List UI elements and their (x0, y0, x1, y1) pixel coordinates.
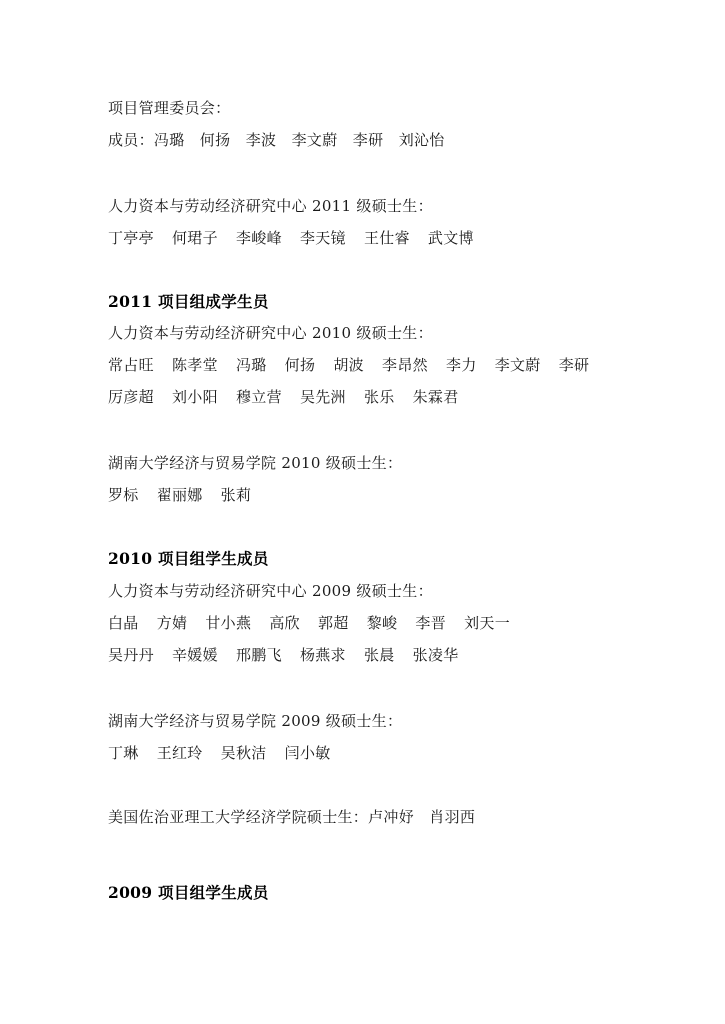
student-name: 王红玲 (157, 743, 203, 763)
student-name: 高欣 (269, 613, 300, 633)
student-name: 常占旺 (108, 355, 154, 375)
student-name: 王仕睿 (364, 228, 410, 248)
student-name: 方婧 (157, 613, 188, 633)
hunan-2009-label: 湖南大学经济与贸易学院 2009 级硕士生： (108, 711, 402, 731)
gmu-students-line: 美国佐治亚理工大学经济学院硕士生：卢冲妤 肖羽西 (108, 807, 475, 827)
student-name: 吴秋洁 (221, 743, 267, 763)
hcle-2011-label: 人力资本与劳动经济研究中心 2011 级硕士生： (108, 196, 433, 216)
student-name: 厉彦超 (108, 387, 154, 407)
student-name: 张莉 (221, 485, 252, 505)
student-name: 邢鹏飞 (236, 645, 282, 665)
hcle-2010-label: 人力资本与劳动经济研究中心 2010 级硕士生： (108, 323, 433, 343)
section-2009-heading: 2009 项目组学生成员 (108, 883, 269, 903)
student-name: 李昂然 (382, 355, 428, 375)
hcle-2009-names-row2: 吴丹丹 辛媛媛 邢鹏飞 杨燕求 张晨 张凌华 (108, 645, 459, 665)
student-name: 武文博 (428, 228, 474, 248)
section-2010-heading: 2010 项目组学生成员 (108, 549, 269, 569)
student-name: 甘小燕 (205, 613, 251, 633)
hcle-2009-label: 人力资本与劳动经济研究中心 2009 级硕士生： (108, 581, 433, 601)
student-name: 胡波 (333, 355, 364, 375)
hcle-2010-names-row2: 厉彦超 刘小阳 穆立营 吴先洲 张乐 朱霖君 (108, 387, 459, 407)
student-name: 刘小阳 (172, 387, 218, 407)
student-name: 李力 (446, 355, 477, 375)
student-name: 罗标 (108, 485, 139, 505)
student-name: 陈孝堂 (172, 355, 218, 375)
student-name: 翟丽娜 (157, 485, 203, 505)
student-name: 李晋 (415, 613, 446, 633)
committee-title: 项目管理委员会： (108, 98, 230, 118)
hcle-2010-names-row1: 常占旺 陈孝堂 冯璐 何扬 胡波 李昂然 李力 李文蔚 李研 (108, 355, 589, 375)
hcle-2011-names: 丁亭亭 何珺子 李峻峰 李天镜 王仕睿 武文博 (108, 228, 474, 248)
student-name: 何珺子 (172, 228, 218, 248)
hunan-2010-label: 湖南大学经济与贸易学院 2010 级硕士生： (108, 453, 402, 473)
student-name: 郭超 (318, 613, 349, 633)
student-name: 李研 (559, 355, 590, 375)
student-name: 穆立营 (236, 387, 282, 407)
student-name: 李峻峰 (236, 228, 282, 248)
section-2011-heading: 2011 项目组成学生员 (108, 292, 269, 312)
student-name: 刘天一 (464, 613, 510, 633)
student-name: 辛媛媛 (172, 645, 218, 665)
student-name: 黎峻 (367, 613, 398, 633)
student-name: 张乐 (364, 387, 395, 407)
student-name: 闫小敏 (285, 743, 331, 763)
student-name: 李文蔚 (495, 355, 541, 375)
student-name: 吴先洲 (300, 387, 346, 407)
committee-members: 成员：冯璐 何扬 李波 李文蔚 李研 刘沁怡 (108, 130, 445, 150)
student-name: 丁琳 (108, 743, 139, 763)
student-name: 朱霖君 (413, 387, 459, 407)
student-name: 何扬 (285, 355, 316, 375)
student-name: 白晶 (108, 613, 139, 633)
hcle-2009-names-row1: 白晶 方婧 甘小燕 高欣 郭超 黎峻 李晋 刘天一 (108, 613, 510, 633)
student-name: 张凌华 (413, 645, 459, 665)
hunan-2010-names: 罗标 翟丽娜 张莉 (108, 485, 251, 505)
student-name: 杨燕求 (300, 645, 346, 665)
student-name: 丁亭亭 (108, 228, 154, 248)
student-name: 吴丹丹 (108, 645, 154, 665)
student-name: 李天镜 (300, 228, 346, 248)
student-name: 冯璐 (236, 355, 267, 375)
student-name: 张晨 (364, 645, 395, 665)
hunan-2009-names: 丁琳 王红玲 吴秋洁 闫小敏 (108, 743, 331, 763)
